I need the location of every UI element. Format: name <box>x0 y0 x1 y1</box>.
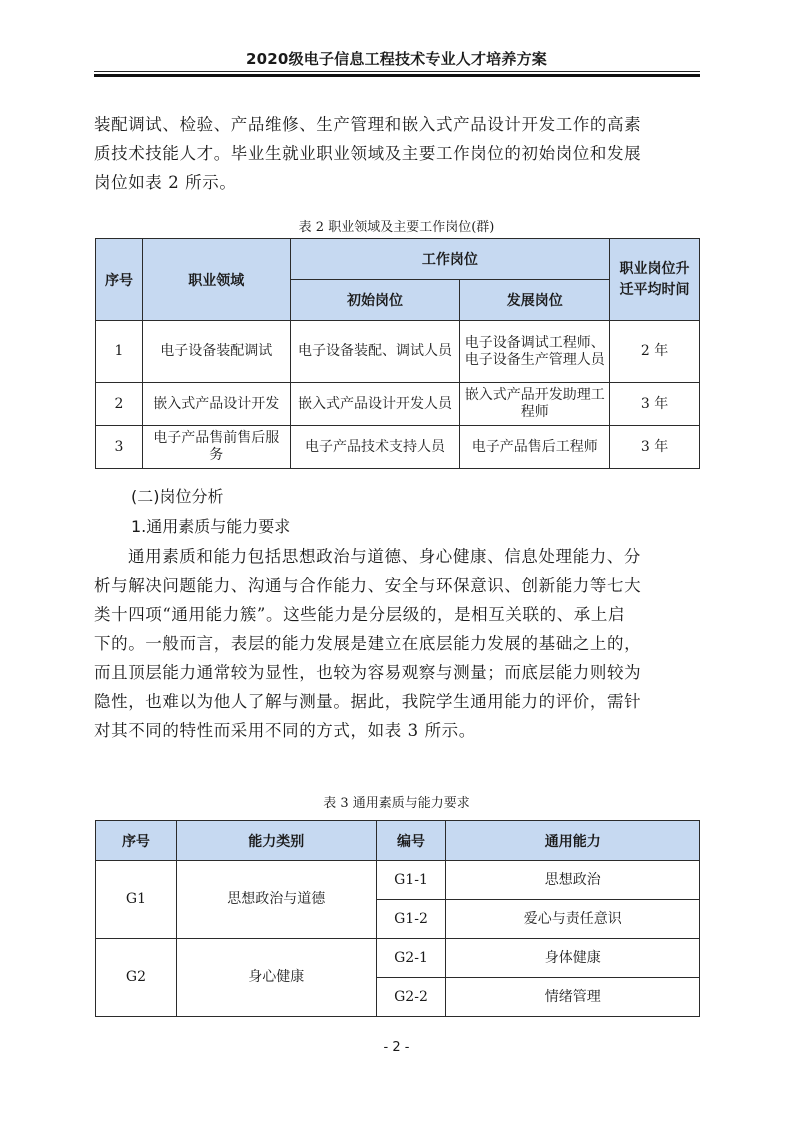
intro-paragraph: 装配调试、检验、产品维修、生产管理和嵌入式产品设计开发工作的高素 质技术技能人才… <box>94 110 704 197</box>
cell-time: 3 年 <box>610 383 700 426</box>
table-row: G2 身心健康 G2-1 身体健康 <box>96 939 700 978</box>
header-promotion-time: 职业岗位升迁平均时间 <box>610 239 700 321</box>
cell-seq: G2 <box>96 939 177 1017</box>
header-ability: 通用能力 <box>446 821 700 861</box>
cell-ability: 爱心与责任意识 <box>446 900 700 939</box>
table-row: 3 电子产品售前售后服务 电子产品技术支持人员 电子产品售后工程师 3 年 <box>96 426 700 469</box>
paragraph-line: 析与解决问题能力、沟通与合作能力、安全与环保意识、创新能力等七大 <box>94 571 704 600</box>
cell-initial: 嵌入式产品设计开发人员 <box>290 383 460 426</box>
table-row: 2 嵌入式产品设计开发 嵌入式产品设计开发人员 嵌入式产品开发助理工程师 3 年 <box>96 383 700 426</box>
cell-field: 电子产品售前售后服务 <box>142 426 290 469</box>
table-row: G1 思想政治与道德 G1-1 思想政治 <box>96 861 700 900</box>
cell-development: 电子设备调试工程师、电子设备生产管理人员 <box>460 321 610 383</box>
header-code: 编号 <box>376 821 446 861</box>
cell-category: 思想政治与道德 <box>176 861 376 939</box>
paragraph-line: 类十四项“通用能力簇”。这些能力是分层级的，是相互关联的、承上启 <box>94 600 704 629</box>
paragraph-line: 对其不同的特性而采用不同的方式，如表 3 所示。 <box>94 716 704 745</box>
cell-code: G1-1 <box>376 861 446 900</box>
cell-development: 嵌入式产品开发助理工程师 <box>460 383 610 426</box>
cell-seq: 3 <box>96 426 143 469</box>
cell-seq: 1 <box>96 321 143 383</box>
section-paragraph: 通用素质和能力包括思想政治与道德、身心健康、信息处理能力、分 析与解决问题能力、… <box>94 542 704 745</box>
document-header-title: 2020级电子信息工程技术专业人才培养方案 <box>0 48 793 69</box>
paragraph-line: 隐性，也难以为他人了解与测量。据此，我院学生通用能力的评价，需针 <box>94 687 704 716</box>
cell-initial: 电子设备装配、调试人员 <box>290 321 460 383</box>
paragraph-line: 下的。一般而言，表层的能力发展是建立在底层能力发展的基础之上的， <box>94 629 704 658</box>
paragraph-line: 而且顶层能力通常较为显性，也较为容易观察与测量；而底层能力则较为 <box>94 658 704 687</box>
cell-ability: 思想政治 <box>446 861 700 900</box>
cell-seq: 2 <box>96 383 143 426</box>
cell-ability: 情绪管理 <box>446 978 700 1017</box>
table2-caption: 表 2 职业领域及主要工作岗位(群) <box>0 216 793 235</box>
paragraph-line: 通用素质和能力包括思想政治与道德、身心健康、信息处理能力、分 <box>94 542 704 571</box>
header-initial: 初始岗位 <box>290 280 460 321</box>
cell-code: G2-2 <box>376 978 446 1017</box>
header-seq: 序号 <box>96 821 177 861</box>
header-positions: 工作岗位 <box>290 239 609 280</box>
cell-time: 3 年 <box>610 426 700 469</box>
intro-line: 装配调试、检验、产品维修、生产管理和嵌入式产品设计开发工作的高素 <box>94 110 704 139</box>
header-category: 能力类别 <box>176 821 376 861</box>
page-number: - 2 - <box>0 1040 793 1055</box>
header-rule-thick <box>94 74 700 77</box>
header-development: 发展岗位 <box>460 280 610 321</box>
header-seq: 序号 <box>96 239 143 321</box>
cell-development: 电子产品售后工程师 <box>460 426 610 469</box>
cell-time: 2 年 <box>610 321 700 383</box>
table3-caption: 表 3 通用素质与能力要求 <box>0 792 793 811</box>
table3-general-abilities: 序号 能力类别 编号 通用能力 G1 思想政治与道德 G1-1 思想政治 G1-… <box>95 820 700 1017</box>
cell-code: G1-2 <box>376 900 446 939</box>
cell-ability: 身体健康 <box>446 939 700 978</box>
cell-code: G2-1 <box>376 939 446 978</box>
table-row: 1 电子设备装配调试 电子设备装配、调试人员 电子设备调试工程师、电子设备生产管… <box>96 321 700 383</box>
cell-initial: 电子产品技术支持人员 <box>290 426 460 469</box>
section-subheading: 1.通用素质与能力要求 <box>131 514 290 537</box>
cell-field: 电子设备装配调试 <box>142 321 290 383</box>
section-heading: (二)岗位分析 <box>131 484 224 507</box>
intro-line: 质技术技能人才。毕业生就业职业领域及主要工作岗位的初始岗位和发展 <box>94 139 704 168</box>
cell-category: 身心健康 <box>176 939 376 1017</box>
header-field: 职业领域 <box>142 239 290 321</box>
table2-career-fields: 序号 职业领域 工作岗位 职业岗位升迁平均时间 初始岗位 发展岗位 1 电子设备… <box>95 238 700 469</box>
header-rule-thin <box>94 71 700 72</box>
cell-field: 嵌入式产品设计开发 <box>142 383 290 426</box>
cell-seq: G1 <box>96 861 177 939</box>
intro-line: 岗位如表 2 所示。 <box>94 168 704 197</box>
